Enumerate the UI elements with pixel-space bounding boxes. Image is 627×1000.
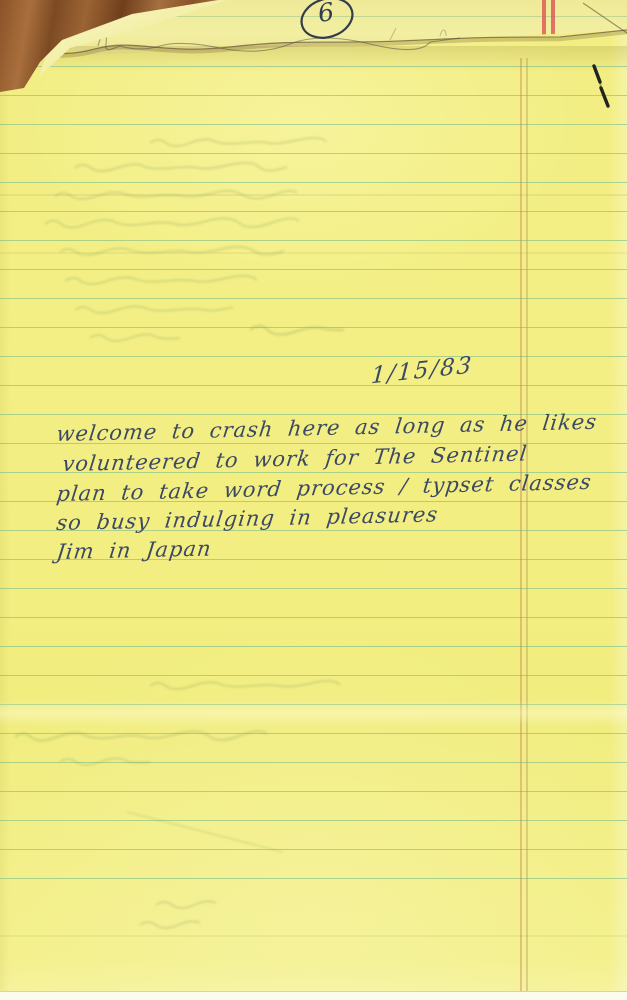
- paper-crease: [0, 194, 627, 196]
- scanned-note-page: 1/15/83 welcome to crash here as long as…: [0, 0, 627, 1000]
- page-number-circle: 6: [296, 0, 358, 46]
- paper-crease: [0, 935, 627, 937]
- page-bottom-edge: [0, 991, 627, 1000]
- torn-edge-shadow: [0, 46, 627, 72]
- ruled-line-fragment: [150, 16, 627, 17]
- red-margin-line-fragment: [542, 0, 546, 36]
- page-number: 6: [316, 0, 336, 28]
- margin-line: [526, 58, 528, 993]
- paper-crease: [0, 700, 627, 726]
- note-text-line: Jim in Japan: [55, 536, 213, 564]
- margin-line: [520, 58, 522, 993]
- red-margin-line-fragment: [551, 0, 555, 36]
- paper-crease: [0, 252, 627, 254]
